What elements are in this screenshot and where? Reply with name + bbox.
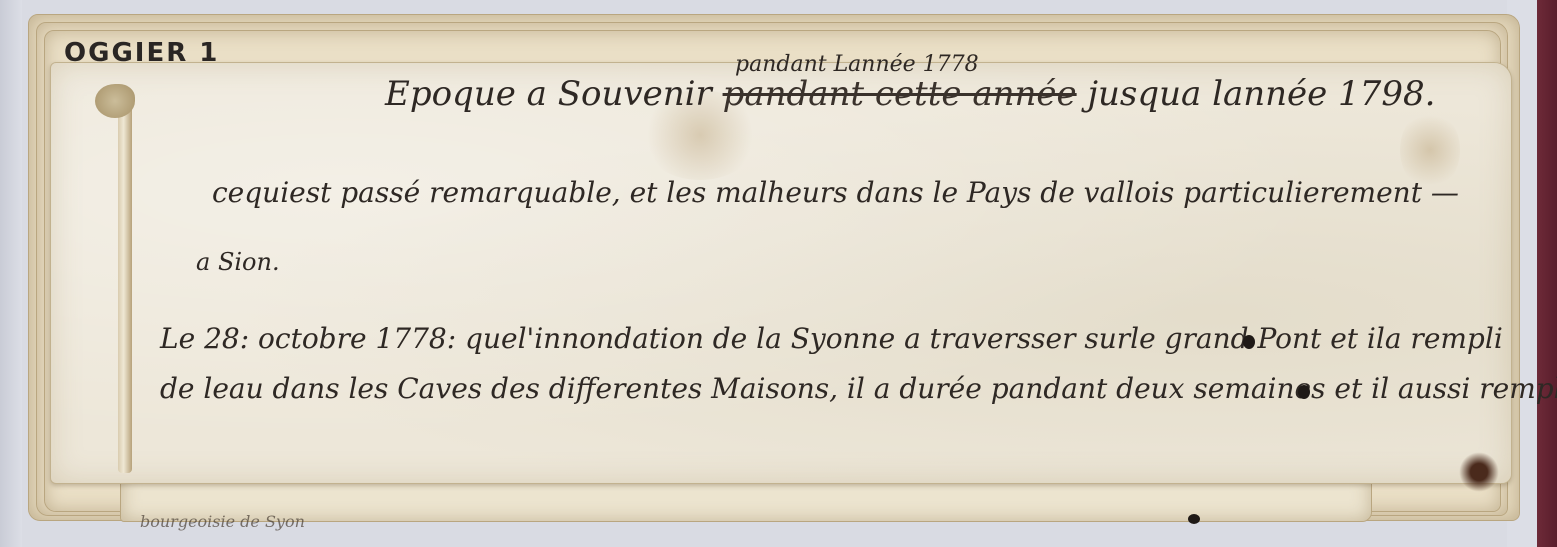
manuscript-line-4: Le 28: octobre 1778: quel'innondation de… (160, 322, 1503, 355)
underlying-page-text: bourgeoisie de Syon (140, 512, 440, 536)
title-prefix: Epoque a Souvenir (385, 74, 712, 114)
title-suffix: jusqua lannée 1798. (1087, 74, 1435, 114)
manuscript-line-3: a Sion. (196, 248, 280, 276)
binding-thread (118, 88, 132, 473)
corner-damage (1459, 452, 1499, 492)
manuscript-line-2: cequiest passé remarquable, et les malhe… (212, 176, 1459, 209)
binding-knot (95, 84, 135, 118)
archive-stamp: OGGIER 1 (64, 38, 219, 68)
ink-blot (1243, 335, 1255, 349)
ink-blot (1188, 514, 1200, 524)
backdrop-left (0, 0, 22, 547)
manuscript-line-5: de leau dans les Caves des differentes M… (160, 372, 1557, 405)
struck-text: pandant cette année (723, 74, 1077, 114)
ink-blot (1298, 385, 1310, 399)
backdrop-felt (1537, 0, 1557, 547)
manuscript-title-line: Epoque a Souvenir pandant cette année ju… (385, 74, 1435, 114)
